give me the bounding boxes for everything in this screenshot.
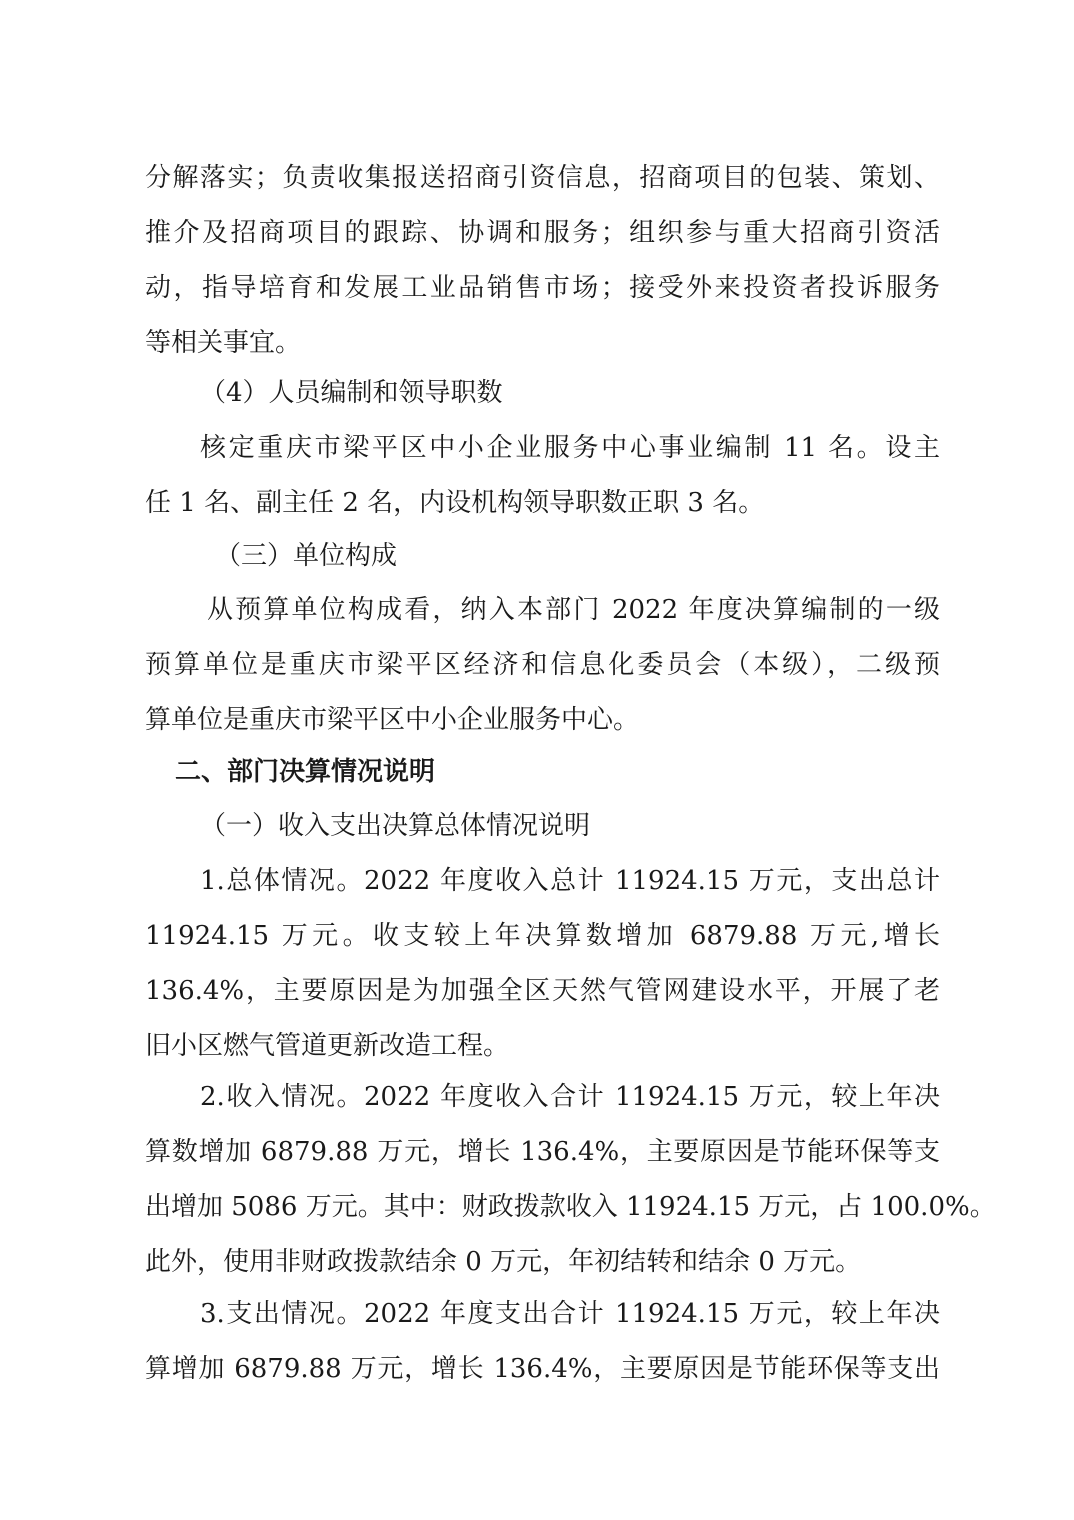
- paragraph-units-line-3: 算单位是重庆市梁平区中小企业服务中心。: [145, 700, 940, 740]
- paragraph-overall-line-1: 1.总体情况。2022 年度收入总计 11924.15 万元，支出总计: [200, 861, 940, 901]
- paragraph-income-line-2: 算数增加 6879.88 万元，增长 136.4%，主要原因是节能环保等支: [145, 1132, 940, 1172]
- paragraph-units-line-2: 预算单位是重庆市梁平区经济和信息化委员会（本级），二级预: [145, 645, 940, 685]
- section-heading-unit-composition: （三）单位构成: [215, 536, 955, 576]
- chapter-heading-final-accounts: 二、部门决算情况说明: [175, 752, 915, 792]
- paragraph-income-line-1: 2.收入情况。2022 年度收入合计 11924.15 万元，较上年决: [200, 1077, 940, 1117]
- paragraph-expenditure-line-2: 算增加 6879.88 万元，增长 136.4%，主要原因是节能环保等支出: [145, 1349, 940, 1389]
- document-page: 分解落实；负责收集报送招商引资信息，招商项目的包装、策划、 推介及招商项目的跟踪…: [0, 0, 1074, 1520]
- paragraph-units-line-1: 从预算单位构成看，纳入本部门 2022 年度决算编制的一级: [207, 590, 940, 630]
- paragraph-duties-line-2: 推介及招商项目的跟踪、协调和服务；组织参与重大招商引资活: [145, 213, 940, 253]
- paragraph-overall-line-4: 旧小区燃气管道更新改造工程。: [145, 1026, 940, 1066]
- paragraph-duties-line-1: 分解落实；负责收集报送招商引资信息，招商项目的包装、策划、: [145, 158, 940, 198]
- section-heading-income-expense-overview: （一）收入支出决算总体情况说明: [200, 806, 940, 846]
- paragraph-staffing-line-1: 核定重庆市梁平区中小企业服务中心事业编制 11 名。设主: [200, 428, 940, 468]
- paragraph-duties-line-3: 动，指导培育和发展工业品销售市场；接受外来投资者投诉服务: [145, 268, 940, 308]
- paragraph-staffing-line-2: 任 1 名、副主任 2 名，内设机构领导职数正职 3 名。: [145, 483, 940, 523]
- paragraph-expenditure-line-1: 3.支出情况。2022 年度支出合计 11924.15 万元，较上年决: [200, 1294, 940, 1334]
- paragraph-income-line-4: 此外，使用非财政拨款结余 0 万元，年初结转和结余 0 万元。: [145, 1242, 940, 1282]
- paragraph-income-line-3: 出增加 5086 万元。其中：财政拨款收入 11924.15 万元，占 100.…: [145, 1187, 940, 1227]
- paragraph-overall-line-2: 11924.15 万元。收支较上年决算数增加 6879.88 万元,增长: [145, 916, 940, 956]
- section-heading-staffing: （4）人员编制和领导职数: [200, 373, 940, 413]
- paragraph-duties-line-4: 等相关事宜。: [145, 323, 940, 363]
- paragraph-overall-line-3: 136.4%，主要原因是为加强全区天然气管网建设水平，开展了老: [145, 971, 940, 1011]
